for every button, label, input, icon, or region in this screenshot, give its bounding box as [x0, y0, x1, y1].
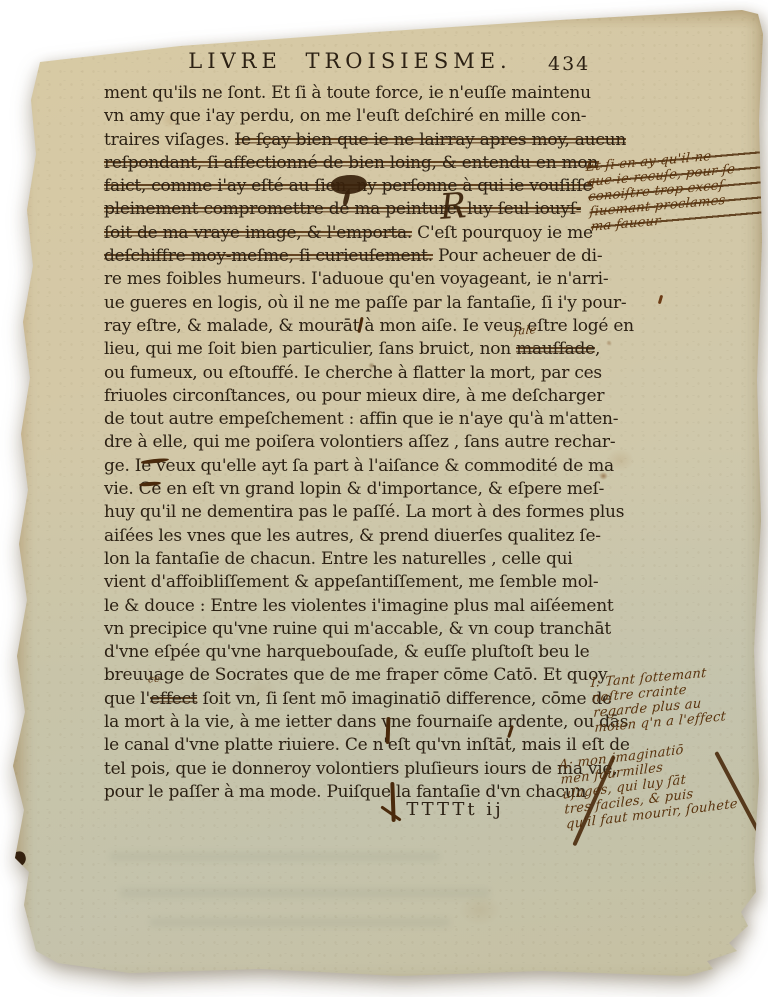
print-line: de tout autre empeſchement : affin que i…: [104, 408, 670, 431]
page-number: 434: [548, 53, 590, 75]
struck-print-text: Ie ſçay bien que ie ne lairray apres moy…: [235, 130, 626, 150]
print-line: huy qu'il ne dementira pas le paſſé. La …: [104, 501, 670, 524]
paper-sheet-shadow: LIVRE TROISIESME. 434 ment qu'ils ne ſon…: [0, 0, 768, 997]
print-text: ſoit vn, ſi ſent mō imaginatiō differenc…: [197, 689, 611, 709]
print-text: vn amy que i'ay perdu, on me l'euſt deſc…: [104, 106, 586, 126]
signature-mark: TTTTt ij: [330, 799, 580, 820]
print-line: faict, comme i'ay eſté au ſien, ny perſo…: [104, 175, 670, 198]
print-line: deſchiffre moy-meſme, ſi curieuſement. P…: [104, 245, 670, 268]
print-text: que l': [104, 689, 150, 709]
print-line: que l'effect ſoit vn, ſi ſent mō imagina…: [104, 688, 670, 711]
struck-print-text: reſpondant, ſi affectionné de bien loing…: [104, 153, 598, 173]
print-text: ge. Ie veux qu'elle ayt ſa part à l'aiſa…: [104, 456, 614, 476]
print-text: le & douce : Entre les violentes i'imagi…: [104, 596, 614, 616]
print-text: vient d'affoibliſſement & appeſantiſſeme…: [104, 572, 598, 592]
print-text: ray eſtre, & malade, & mourāt à mon aiſe…: [104, 316, 634, 336]
print-text: lon la fantaſie de chacun. Entre les nat…: [104, 549, 572, 569]
print-text: ou fumeux, ou eſtouffé. Ie cherche à fla…: [104, 363, 602, 383]
print-text: aiſées les vnes que les autres, & prend …: [104, 526, 601, 546]
print-text: tel pois, que ie donneroy volontiers plu…: [104, 759, 617, 779]
print-line: breuuage de Socrates que de me fraper cō…: [104, 664, 670, 687]
print-line: d'vne eſpée qu'vne harquebouſade, & euſſ…: [104, 641, 670, 664]
print-text: breuuage de Socrates que de me fraper cō…: [104, 665, 607, 685]
print-line: aiſées les vnes que les autres, & prend …: [104, 525, 670, 548]
print-line: ray eſtre, & malade, & mourāt à mon aiſe…: [104, 315, 670, 338]
print-text: de tout autre empeſchement : affin que i…: [104, 409, 618, 429]
foxing-stain: [606, 340, 612, 346]
interlinear-correction-sale: ſale: [514, 323, 538, 338]
print-text: la mort à la vie, à me ietter dans vne f…: [104, 712, 628, 732]
print-text: ue gueres en logis, où il ne me paſſe pa…: [104, 293, 626, 313]
print-line: ſoit de ma vraye image, & l'emporta. C'e…: [104, 222, 670, 245]
struck-print-text: effect: [150, 689, 198, 709]
running-header: LIVRE TROISIESME.: [140, 49, 560, 73]
print-line: pleinement compromettre de ma peinture: …: [104, 198, 670, 221]
print-line: re mes foibles humeurs. I'aduoue qu'en v…: [104, 268, 670, 291]
print-text: ,: [595, 339, 600, 359]
print-text: ment qu'ils ne ſont. Et ſi à toute force…: [104, 83, 591, 103]
struck-print-text: deſchiffre moy-meſme, ſi curieuſement.: [104, 246, 433, 266]
print-text: lieu, qui me ſoit bien particulier, ſans…: [104, 339, 516, 359]
struck-print-text: ſoit de ma vraye image, & l'emporta.: [104, 223, 412, 243]
print-line: lieu, qui me ſoit bien particulier, ſans…: [104, 338, 670, 361]
ink-bleed-through: [110, 852, 440, 861]
print-text: C'eſt pourquoy ie me: [412, 223, 593, 243]
print-line: le & douce : Entre les violentes i'imagi…: [104, 595, 670, 618]
foxing-stain: [368, 362, 375, 369]
scanned-book-page: LIVRE TROISIESME. 434 ment qu'ils ne ſon…: [0, 0, 768, 997]
print-text: friuoles circonſtances, ou pour mieux di…: [104, 386, 604, 406]
print-text: d'vne eſpée qu'vne harquebouſade, & euſſ…: [104, 642, 590, 662]
print-text: vn precipice qu'vne ruine qui m'accable,…: [104, 619, 611, 639]
struck-print-text: mauſſade: [516, 339, 595, 359]
print-text: traires viſages.: [104, 130, 235, 150]
body-text: ment qu'ils ne ſont. Et ſi à toute force…: [104, 82, 670, 804]
print-line: ue gueres en logis, où il ne me paſſe pa…: [104, 292, 670, 315]
print-text: dre à elle, qui me poiſera volontiers aſ…: [104, 432, 615, 452]
print-line: vn precipice qu'vne ruine qui m'accable,…: [104, 618, 670, 641]
print-line: traires viſages. Ie ſçay bien que ie ne …: [104, 129, 670, 152]
ink-flourish-letter: R: [439, 189, 468, 226]
print-line: vie. Ce en eſt vn grand lopin & d'import…: [104, 478, 670, 501]
interlinear-correction-ce: ce: [148, 674, 161, 686]
print-line: vient d'affoibliſſement & appeſantiſſeme…: [104, 571, 670, 594]
print-line: ment qu'ils ne ſont. Et ſi à toute force…: [104, 82, 670, 105]
ink-bleed-through: [150, 918, 450, 927]
print-text: vie. Ce en eſt vn grand lopin & d'import…: [104, 479, 604, 499]
print-text: re mes foibles humeurs. I'aduoue qu'en v…: [104, 269, 608, 289]
print-line: lon la fantaſie de chacun. Entre les nat…: [104, 548, 670, 571]
paper-sheet: LIVRE TROISIESME. 434 ment qu'ils ne ſon…: [0, 0, 768, 997]
print-text: le canal d'vne platte riuiere. Ce n'eſt …: [104, 735, 630, 755]
print-text: Pour acheuer de di-: [433, 246, 602, 266]
print-line: ou fumeux, ou eſtouffé. Ie cherche à fla…: [104, 362, 670, 385]
ink-bleed-through: [120, 888, 490, 898]
edge-ink-blot: [7, 850, 28, 870]
print-line: dre à elle, qui me poiſera volontiers aſ…: [104, 431, 670, 454]
margin-note-struck: Et ſi en ay qu'il neque ie recuſe, pour …: [585, 143, 768, 234]
print-line: friuoles circonſtances, ou pour mieux di…: [104, 385, 670, 408]
print-text: huy qu'il ne dementira pas le paſſé. La …: [104, 502, 624, 522]
foxing-stain: [599, 472, 608, 480]
print-line: ge. Ie veux qu'elle ayt ſa part à l'aiſa…: [104, 455, 670, 478]
print-line: vn amy que i'ay perdu, on me l'euſt deſc…: [104, 105, 670, 128]
